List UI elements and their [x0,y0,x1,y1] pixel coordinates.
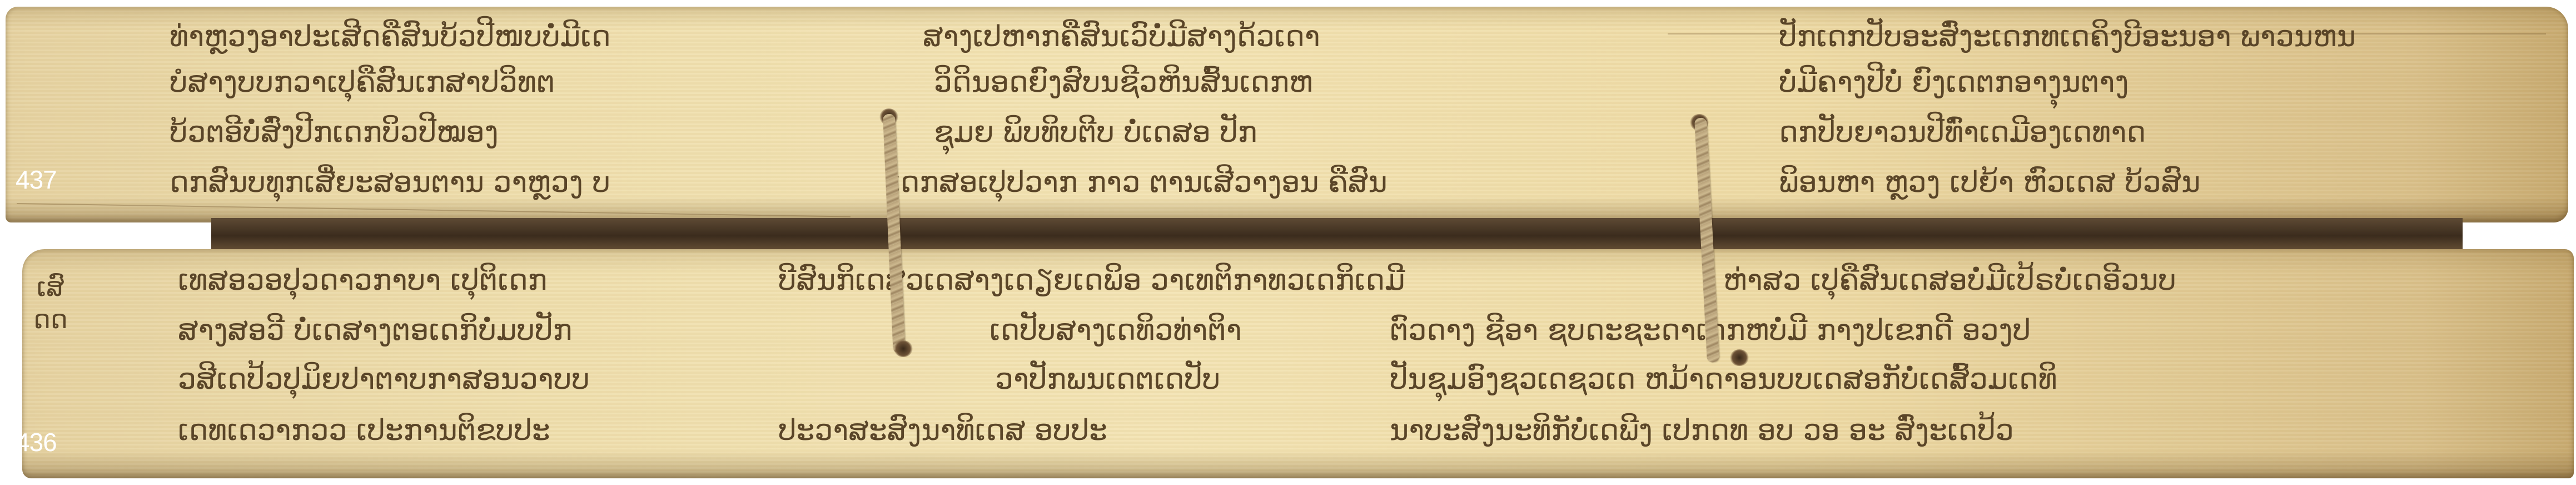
text-line: ວສີເດປ້ວປຸມິຍປາຕາບກາສອນວາບບ [178,365,590,394]
page-number-436: 436 [16,429,57,455]
text-line: ດກປັບຍາວນປີທົ່າເດມີອງເດທາດ [1779,118,2146,147]
text-line: ປະວາສະສົງນາທິເດສ ອບປະ [778,416,1107,445]
text-line: ເດປັບສາງເດທິວທ່າຕິາ [989,316,1242,345]
binding-hole [894,340,913,357]
text-line: ເທສອວອປຸວດາວກາບາ ເປຸຕິເດກ [178,266,547,295]
text-line: ຊຸມຍ ພິບທິບຕີບ ບໍ່ເດສອ ປັກ [934,118,1257,147]
binding-hole [1730,349,1749,366]
text-line: ທ່າຫຼວງອາປະເສີດຄືສົນບ້ວປີໜບບໍ່ມີເດ [170,22,611,51]
text-line: ວາປັກພນເດຕເດປັບ [995,365,1220,394]
text-line: ວິດິນອດຍົງສົບນຊີວຫິນສົ້ນເດກຫ [934,68,1313,97]
marginal-note-line: ເສົ [33,271,68,304]
text-line: ນາບະສົງນະທິກັບໍ່ເດພີງ ເປກດທ ອບ ວອ ອະ ສົ່… [1390,416,2014,445]
text-line: ດກສົນບທຸກເສື່ຍະສອນຕານ ວາຫຼວງ ບ [170,168,610,197]
marginal-note-line: ດດ [33,304,68,336]
text-line: ປັກເດກປັບອະສົ່ງະເດກທເດຄິງບີອະນອາ ພາວນຫນ [1779,22,2356,51]
text-line: ບ້ວຕອີບໍ່ສົ່ງປີກເດກບິວປີໝອງ [170,118,499,147]
marginal-note: ເສົ ດດ [33,271,68,335]
text-line: ບໍ່ມີຄາງປີບໍ່ ຍົງເດຕກອາງຸນຕາງ [1779,68,2129,97]
text-line: ພິອນຫາ ຫຼວງ ເປຍ້າ ຫົວເດສ ບ້ວສົນ [1779,168,2200,197]
text-line: ບໍສາງບບກວາເປຸຄືສົນເກສາປວິທຕ [170,68,555,97]
text-line: ບີສົນກິເດສວເດສາງເດຽຍເດພິອ ວາເທຕິກາທວເດກິ… [778,266,1405,295]
leaf-gap-shadow [211,218,2463,254]
text-line: ປັນຊຸມອົງຊວເດຊວເດ ຫມ້າດາອນບບເດສອກັບໍ່ເດສ… [1390,365,2057,394]
text-line: ເດທເດວາກວວ ເປະການຕິຂບປະ [178,416,550,445]
text-line: ຫ່າສວ ເປຸຄືສົນເດສອບໍ່ມີເປ້ຣບໍ່ເດອີວນບ [1723,266,2176,295]
text-line: ສາງເປຫາກຄືສົນເວົບໍ່ມີສາງດ້ວເດາ [923,22,1320,51]
page-number-437: 437 [16,167,57,192]
text-line: ສາງສອວີ ບໍ່ເດສາງຕອເດກິບໍ່ມບປັກ [178,316,572,345]
text-line: ເດກສອເປຸປວາກ ກາວ ຕານເສີວາງອນ ຄືສົນ [889,168,1388,197]
